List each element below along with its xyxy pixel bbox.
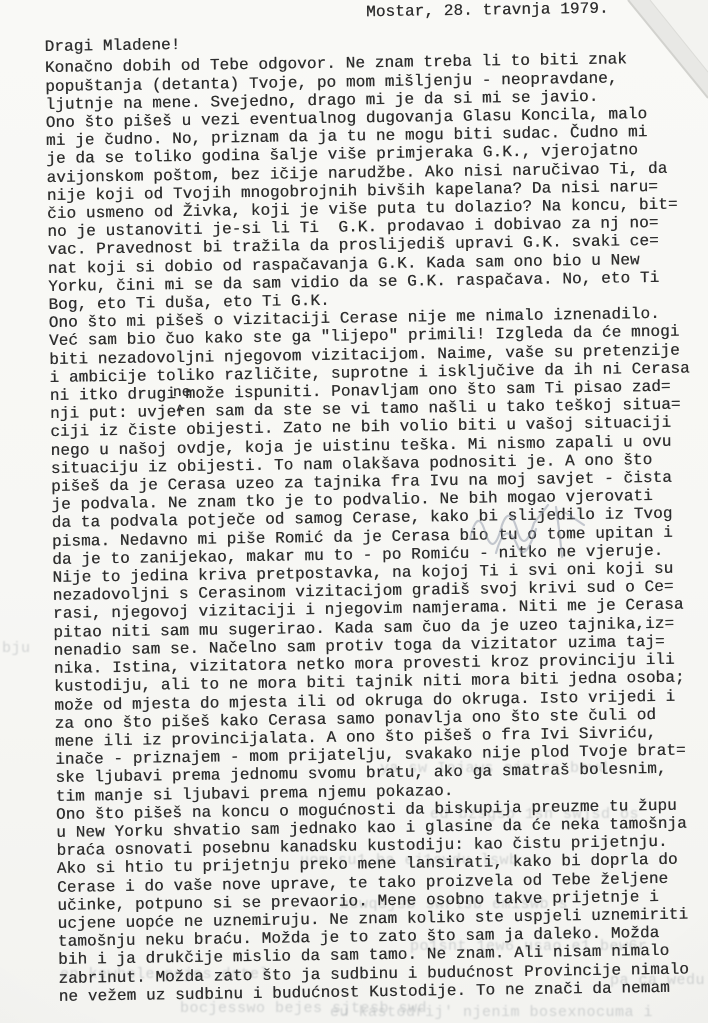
bleed-through-text: bju [2,640,31,657]
insertion-before-text: ni itko drugi [50,385,176,405]
letter-date: Mostar, 28. travnja 1979. [366,0,704,21]
inserted-word: ne [173,385,191,399]
paragraph-3: Nije to jedina kriva pretpostavka, na ko… [52,559,708,805]
paragraph-4: Ono što pišeš na koncu o mogućnosti da b… [56,796,708,1006]
letter-page: { "letter": { "date_line": "Mostar, 28. … [0,0,708,1023]
paragraph-2-part1: Ono što mi pišeš o vizitaciji Cerase nij… [49,304,708,387]
letter-body: Mostar, 28. travnja 1979. Dragi Mladene!… [44,0,708,1006]
caret-mark: ʌ [176,402,183,414]
bleed-through-text: eu kastodrij' njenim bosexnocuma i [330,1004,653,1021]
paragraph-2-part2: nji put: uvjeren sam da ste se vi tamo n… [50,395,708,569]
paragraph-1: Konačno dobih od Tebe odgovor. Ne znam t… [45,50,708,315]
